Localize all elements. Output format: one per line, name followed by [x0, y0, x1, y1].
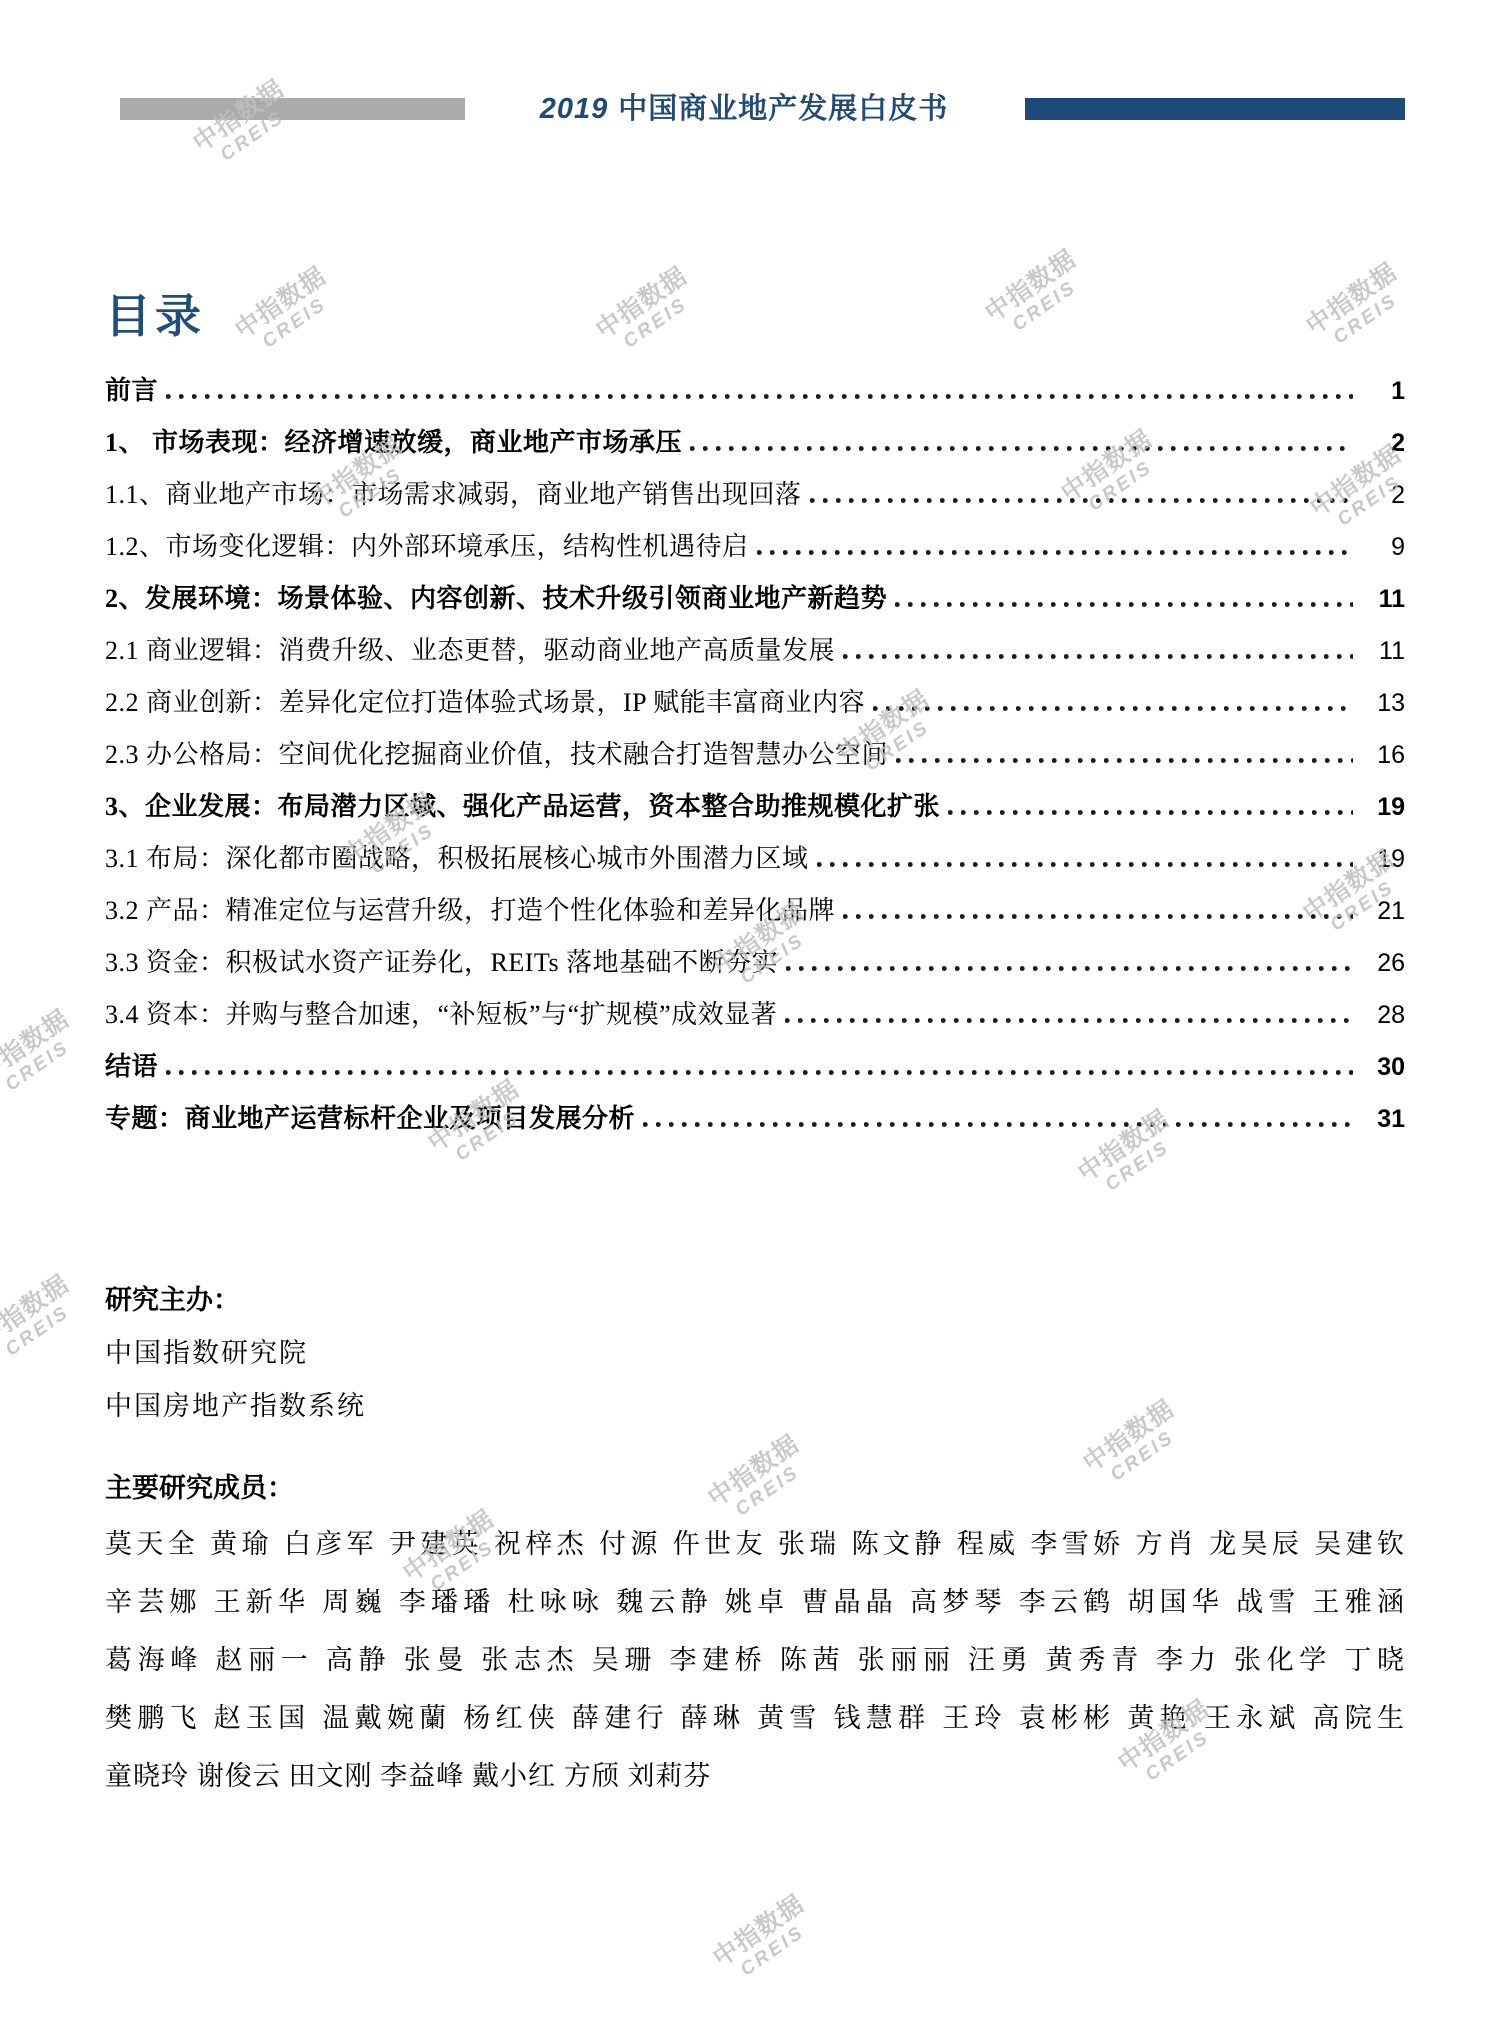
toc-entry-page: 1: [1363, 377, 1405, 406]
toc-entry-label: 2.3 办公格局：空间优化挖掘商业价值，技术融合打造智慧办公空间: [105, 729, 888, 781]
toc-entry: 结语30: [105, 1041, 1405, 1093]
toc-entry: 前言1: [105, 365, 1405, 417]
toc-entry: 1.2、市场变化逻辑：内外部环境承压，结构性机遇待启9: [105, 521, 1405, 573]
creis-watermark: 中指数据CREIS: [702, 1886, 828, 1994]
toc-leader-dots: [785, 1018, 1353, 1023]
toc-entry-label: 专题：商业地产运营标杆企业及项目发展分析: [105, 1093, 635, 1145]
creis-watermark: 中指数据CREIS: [224, 258, 350, 366]
toc-leader-dots: [690, 446, 1353, 451]
organizer-heading: 研究主办：: [105, 1274, 1405, 1327]
creis-watermark: 中指数据CREIS: [0, 1266, 93, 1374]
toc-leader-dots: [757, 550, 1353, 555]
toc-entry-page: 21: [1363, 897, 1405, 926]
toc-entry: 2.1 商业逻辑：消费升级、业态更替，驱动商业地产高质量发展11: [105, 625, 1405, 677]
toc-entry: 3.1 布局：深化都市圈战略，积极拓展核心城市外围潜力区域19: [105, 833, 1405, 885]
toc-title: 目录: [105, 280, 205, 346]
toc-entry-page: 30: [1363, 1053, 1405, 1082]
creis-watermark: 中指数据CREIS: [0, 1001, 93, 1109]
members-line: 莫天全 黄瑜 白彦军 尹建英 祝梓杰 付源 仵世友 张瑞 陈文静 程威 李雪娇 …: [105, 1515, 1405, 1573]
toc-entry: 3、企业发展：布局潜力区域、强化产品运营，资本整合助推规模化扩张19: [105, 781, 1405, 833]
toc-list: 前言1 1、 市场表现：经济增速放缓，商业地产市场承压2 1.1、商业地产市场：…: [105, 365, 1405, 1145]
toc-leader-dots: [810, 498, 1353, 503]
toc-entry: 3.2 产品：精准定位与运营升级，打造个性化体验和差异化品牌21: [105, 885, 1405, 937]
toc-entry: 1、 市场表现：经济增速放缓，商业地产市场承压2: [105, 417, 1405, 469]
toc-entry-label: 1、 市场表现：经济增速放缓，商业地产市场承压: [105, 417, 682, 469]
toc-leader-dots: [895, 602, 1353, 607]
members-line: 童晓玲 谢俊云 田文刚 李益峰 戴小红 方颀 刘莉芬: [105, 1747, 1405, 1805]
toc-entry-page: 2: [1363, 481, 1405, 510]
toc-entry-page: 11: [1363, 637, 1405, 666]
toc-entry: 3.3 资金：积极试水资产证券化，REITs 落地基础不断夯实26: [105, 937, 1405, 989]
toc-entry-label: 3.1 布局：深化都市圈战略，积极拓展核心城市外围潜力区域: [105, 833, 809, 885]
toc-entry-label: 2.2 商业创新：差异化定位打造体验式场景，IP 赋能丰富商业内容: [105, 677, 865, 729]
toc-entry-label: 3.4 资本：并购与整合加速，“补短板”与“扩规模”成效显著: [105, 989, 777, 1041]
toc-entry-label: 结语: [105, 1041, 158, 1093]
toc-entry-page: 16: [1363, 741, 1405, 770]
creis-watermark: 中指数据CREIS: [974, 241, 1100, 349]
toc-entry: 1.1、商业地产市场：市场需求减弱，商业地产销售出现回落2: [105, 469, 1405, 521]
header-title-year: 2019: [540, 93, 609, 125]
toc-entry-page: 11: [1363, 585, 1405, 614]
toc-leader-dots: [786, 966, 1353, 971]
toc-entry-label: 2.1 商业逻辑：消费升级、业态更替，驱动商业地产高质量发展: [105, 625, 835, 677]
toc-entry-page: 13: [1363, 689, 1405, 718]
creis-watermark: 中指数据CREIS: [1295, 254, 1421, 362]
members-line: 辛芸娜 王新华 周巍 李璠璠 杜咏咏 魏云静 姚卓 曹晶晶 高梦琴 李云鹤 胡国…: [105, 1573, 1405, 1631]
toc-entry-page: 19: [1363, 845, 1405, 874]
toc-entry-page: 9: [1363, 533, 1405, 562]
toc-entry-page: 26: [1363, 949, 1405, 978]
toc-entry-label: 2、发展环境：场景体验、内容创新、技术升级引领商业地产新趋势: [105, 573, 887, 625]
members-line: 葛海峰 赵丽一 高静 张曼 张志杰 吴珊 李建桥 陈茜 张丽丽 汪勇 黄秀青 李…: [105, 1631, 1405, 1689]
toc-leader-dots: [896, 758, 1353, 763]
toc-entry-label: 3、企业发展：布局潜力区域、强化产品运营，资本整合助推规模化扩张: [105, 781, 940, 833]
toc-leader-dots: [843, 914, 1353, 919]
organizer-line: 中国房地产指数系统: [105, 1380, 1405, 1433]
toc-entry-label: 前言: [105, 365, 158, 417]
toc-leader-dots: [643, 1122, 1353, 1127]
toc-leader-dots: [843, 654, 1353, 659]
members-block: 主要研究成员： 莫天全 黄瑜 白彦军 尹建英 祝梓杰 付源 仵世友 张瑞 陈文静…: [105, 1462, 1405, 1805]
toc-entry-label: 3.2 产品：精准定位与运营升级，打造个性化体验和差异化品牌: [105, 885, 835, 937]
toc-entry-page: 31: [1363, 1105, 1405, 1134]
members-heading: 主要研究成员：: [105, 1462, 1405, 1515]
document-page: 2019中国商业地产发展白皮书 目录 前言1 1、 市场表现：经济增速放缓，商业…: [0, 0, 1488, 2019]
organizer-block: 研究主办： 中国指数研究院 中国房地产指数系统: [105, 1274, 1405, 1433]
toc-entry: 2、发展环境：场景体验、内容创新、技术升级引领商业地产新趋势11: [105, 573, 1405, 625]
toc-entry-page: 28: [1363, 1001, 1405, 1030]
creis-watermark: 中指数据CREIS: [585, 258, 711, 366]
toc-entry: 2.3 办公格局：空间优化挖掘商业价值，技术融合打造智慧办公空间16: [105, 729, 1405, 781]
toc-entry: 专题：商业地产运营标杆企业及项目发展分析31: [105, 1093, 1405, 1145]
toc-entry-page: 2: [1363, 429, 1405, 458]
members-line: 樊鹏飞 赵玉国 温戴婉蘭 杨红侠 薛建行 薛琳 黄雪 钱慧群 王玲 袁彬彬 黄艳…: [105, 1689, 1405, 1747]
toc-leader-dots: [948, 810, 1353, 815]
toc-entry-label: 1.1、商业地产市场：市场需求减弱，商业地产销售出现回落: [105, 469, 802, 521]
toc-leader-dots: [166, 394, 1353, 399]
toc-entry-label: 3.3 资金：积极试水资产证券化，REITs 落地基础不断夯实: [105, 937, 778, 989]
toc-entry-label: 1.2、市场变化逻辑：内外部环境承压，结构性机遇待启: [105, 521, 749, 573]
header-title-text: 中国商业地产发展白皮书: [618, 93, 948, 125]
organizer-line: 中国指数研究院: [105, 1327, 1405, 1380]
toc-leader-dots: [817, 862, 1353, 867]
toc-entry: 2.2 商业创新：差异化定位打造体验式场景，IP 赋能丰富商业内容13: [105, 677, 1405, 729]
toc-leader-dots: [166, 1070, 1353, 1075]
header-title: 2019中国商业地产发展白皮书: [0, 86, 1488, 127]
toc-entry: 3.4 资本：并购与整合加速，“补短板”与“扩规模”成效显著28: [105, 989, 1405, 1041]
toc-leader-dots: [873, 706, 1353, 711]
toc-entry-page: 19: [1363, 793, 1405, 822]
